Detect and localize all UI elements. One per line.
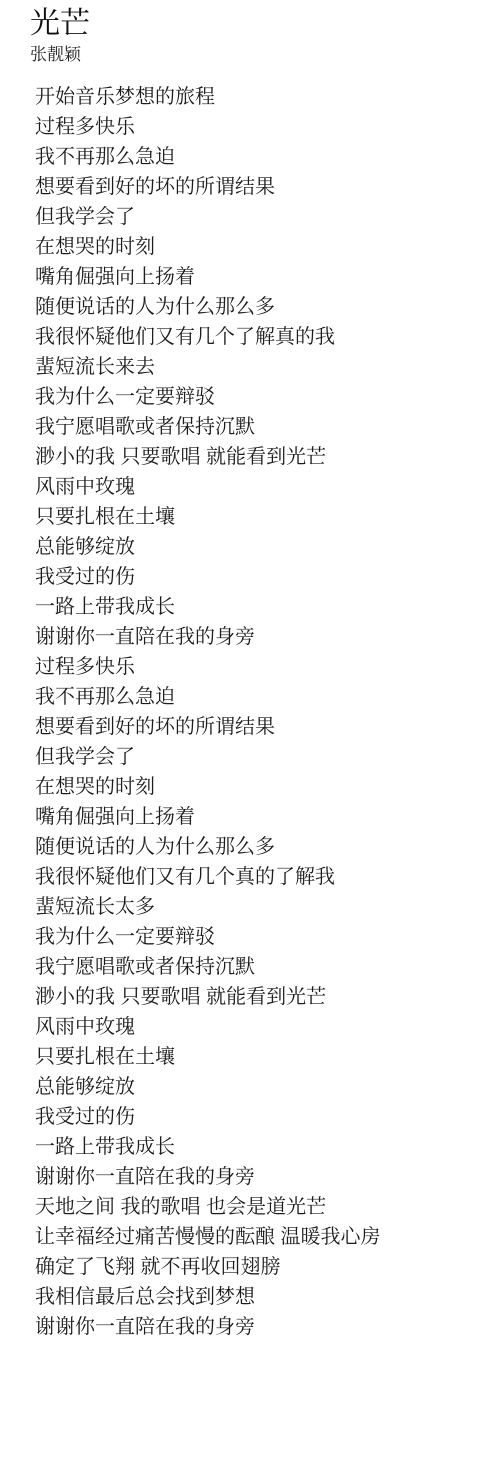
lyric-line: 我不再那么急迫: [35, 682, 480, 712]
lyric-line: 在想哭的时刻: [35, 772, 480, 802]
lyric-line: 总能够绽放: [35, 532, 480, 562]
lyric-line: 风雨中玫瑰: [35, 472, 480, 502]
lyric-line: 随便说话的人为什么那么多: [35, 292, 480, 322]
artist-name: 张靓颖: [30, 44, 480, 66]
lyric-line: 过程多快乐: [35, 112, 480, 142]
song-title: 光芒: [30, 6, 480, 42]
lyric-line: 渺小的我 只要歌唱 就能看到光芒: [35, 442, 480, 472]
lyric-line: 渺小的我 只要歌唱 就能看到光芒: [35, 982, 480, 1012]
lyric-line: 谢谢你一直陪在我的身旁: [35, 1312, 480, 1342]
lyric-line: 只要扎根在土壤: [35, 1042, 480, 1072]
lyric-line: 我不再那么急迫: [35, 142, 480, 172]
lyric-line: 确定了飞翔 就不再收回翅膀: [35, 1252, 480, 1282]
lyric-line: 天地之间 我的歌唱 也会是道光芒: [35, 1192, 480, 1222]
lyric-line: 我为什么一定要辩驳: [35, 922, 480, 952]
lyric-line: 我宁愿唱歌或者保持沉默: [35, 412, 480, 442]
lyric-line: 过程多快乐: [35, 652, 480, 682]
lyric-line: 我为什么一定要辩驳: [35, 382, 480, 412]
lyric-line: 我受过的伤: [35, 562, 480, 592]
lyric-line: 我很怀疑他们又有几个了解真的我: [35, 322, 480, 352]
lyric-line: 蜚短流长太多: [35, 892, 480, 922]
lyric-line: 一路上带我成长: [35, 1132, 480, 1162]
lyric-line: 想要看到好的坏的所谓结果: [35, 712, 480, 742]
lyric-line: 谢谢你一直陪在我的身旁: [35, 1162, 480, 1192]
lyric-line: 嘴角倔强向上扬着: [35, 802, 480, 832]
lyrics-page: 光芒 张靓颖 开始音乐梦想的旅程过程多快乐我不再那么急迫想要看到好的坏的所谓结果…: [0, 0, 500, 1480]
lyric-line: 在想哭的时刻: [35, 232, 480, 262]
lyric-line: 但我学会了: [35, 202, 480, 232]
lyric-line: 谢谢你一直陪在我的身旁: [35, 622, 480, 652]
lyric-line: 开始音乐梦想的旅程: [35, 82, 480, 112]
lyric-line: 但我学会了: [35, 742, 480, 772]
lyric-line: 想要看到好的坏的所谓结果: [35, 172, 480, 202]
lyric-line: 随便说话的人为什么那么多: [35, 832, 480, 862]
lyric-line: 风雨中玫瑰: [35, 1012, 480, 1042]
lyric-line: 我宁愿唱歌或者保持沉默: [35, 952, 480, 982]
lyric-line: 嘴角倔强向上扬着: [35, 262, 480, 292]
lyric-line: 让幸福经过痛苦慢慢的酝酿 温暖我心房: [35, 1222, 480, 1252]
lyric-line: 只要扎根在土壤: [35, 502, 480, 532]
lyric-line: 我相信最后总会找到梦想: [35, 1282, 480, 1312]
lyric-line: 总能够绽放: [35, 1072, 480, 1102]
lyric-line: 我受过的伤: [35, 1102, 480, 1132]
lyric-line: 蜚短流长来去: [35, 352, 480, 382]
lyric-line: 一路上带我成长: [35, 592, 480, 622]
lyrics-container: 开始音乐梦想的旅程过程多快乐我不再那么急迫想要看到好的坏的所谓结果但我学会了在想…: [30, 82, 480, 1342]
lyric-line: 我很怀疑他们又有几个真的了解我: [35, 862, 480, 892]
